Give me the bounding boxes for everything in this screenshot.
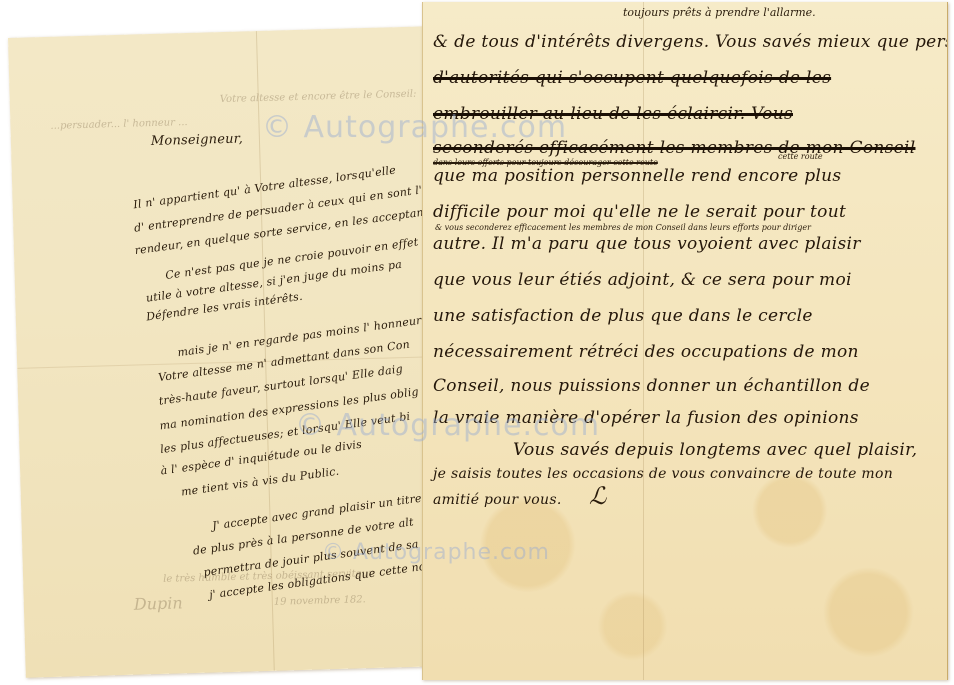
ghost-text: ...persuader... l' honneur ... bbox=[50, 117, 187, 132]
letter-salutation: Monseigneur, bbox=[151, 131, 244, 149]
letter-line: amitié pour vous. bbox=[433, 492, 562, 508]
letter-line: autre. Il m'a paru que tous voyoient ave… bbox=[433, 234, 861, 254]
struck-line: seconderés efficacément les membres de m… bbox=[433, 138, 915, 158]
paraph-signature: ℒ bbox=[589, 482, 606, 510]
struck-line: embrouiller au lieu de les éclaircir. Vo… bbox=[433, 104, 793, 124]
ghost-text: Votre altesse et encore être le Conseil: bbox=[220, 89, 417, 105]
letter-line: Conseil, nous puissions donner un échant… bbox=[433, 376, 870, 396]
right-manuscript-page: toujours prêts à prendre l'allarme. & de… bbox=[422, 2, 948, 680]
interlinear-insertion: & vous seconderez efficacement les membr… bbox=[435, 223, 811, 232]
letter-line: difficile pour moi qu'elle ne le serait … bbox=[433, 202, 846, 222]
struck-line: d'autorités qui s'occupent quelquefois d… bbox=[433, 68, 831, 88]
letter-line: que vous leur étiés adjoint, & ce sera p… bbox=[433, 270, 852, 290]
letter-line: que ma position personnelle rend encore … bbox=[433, 166, 841, 186]
letter-line: nécessairement rétréci des occupations d… bbox=[433, 342, 859, 362]
marginal-insertion: toujours prêts à prendre l'allarme. bbox=[623, 6, 816, 19]
letter-line: la vraie manière d'opérer la fusion des … bbox=[433, 408, 859, 428]
left-manuscript-page: Votre altesse et encore être le Conseil:… bbox=[8, 26, 446, 677]
ghost-text: 19 novembre 182. bbox=[274, 594, 366, 608]
letter-line: je saisis toutes les occasions de vous c… bbox=[433, 466, 893, 482]
letter-line: Vous savés depuis longtems avec quel pla… bbox=[513, 440, 917, 460]
ghost-signature: Dupin bbox=[134, 593, 183, 613]
small-insertion: cette route bbox=[778, 152, 823, 161]
letter-line: une satisfaction de plus que dans le cer… bbox=[433, 306, 813, 326]
letter-line: & de tous d'intérêts divergens. Vous sav… bbox=[433, 32, 948, 52]
